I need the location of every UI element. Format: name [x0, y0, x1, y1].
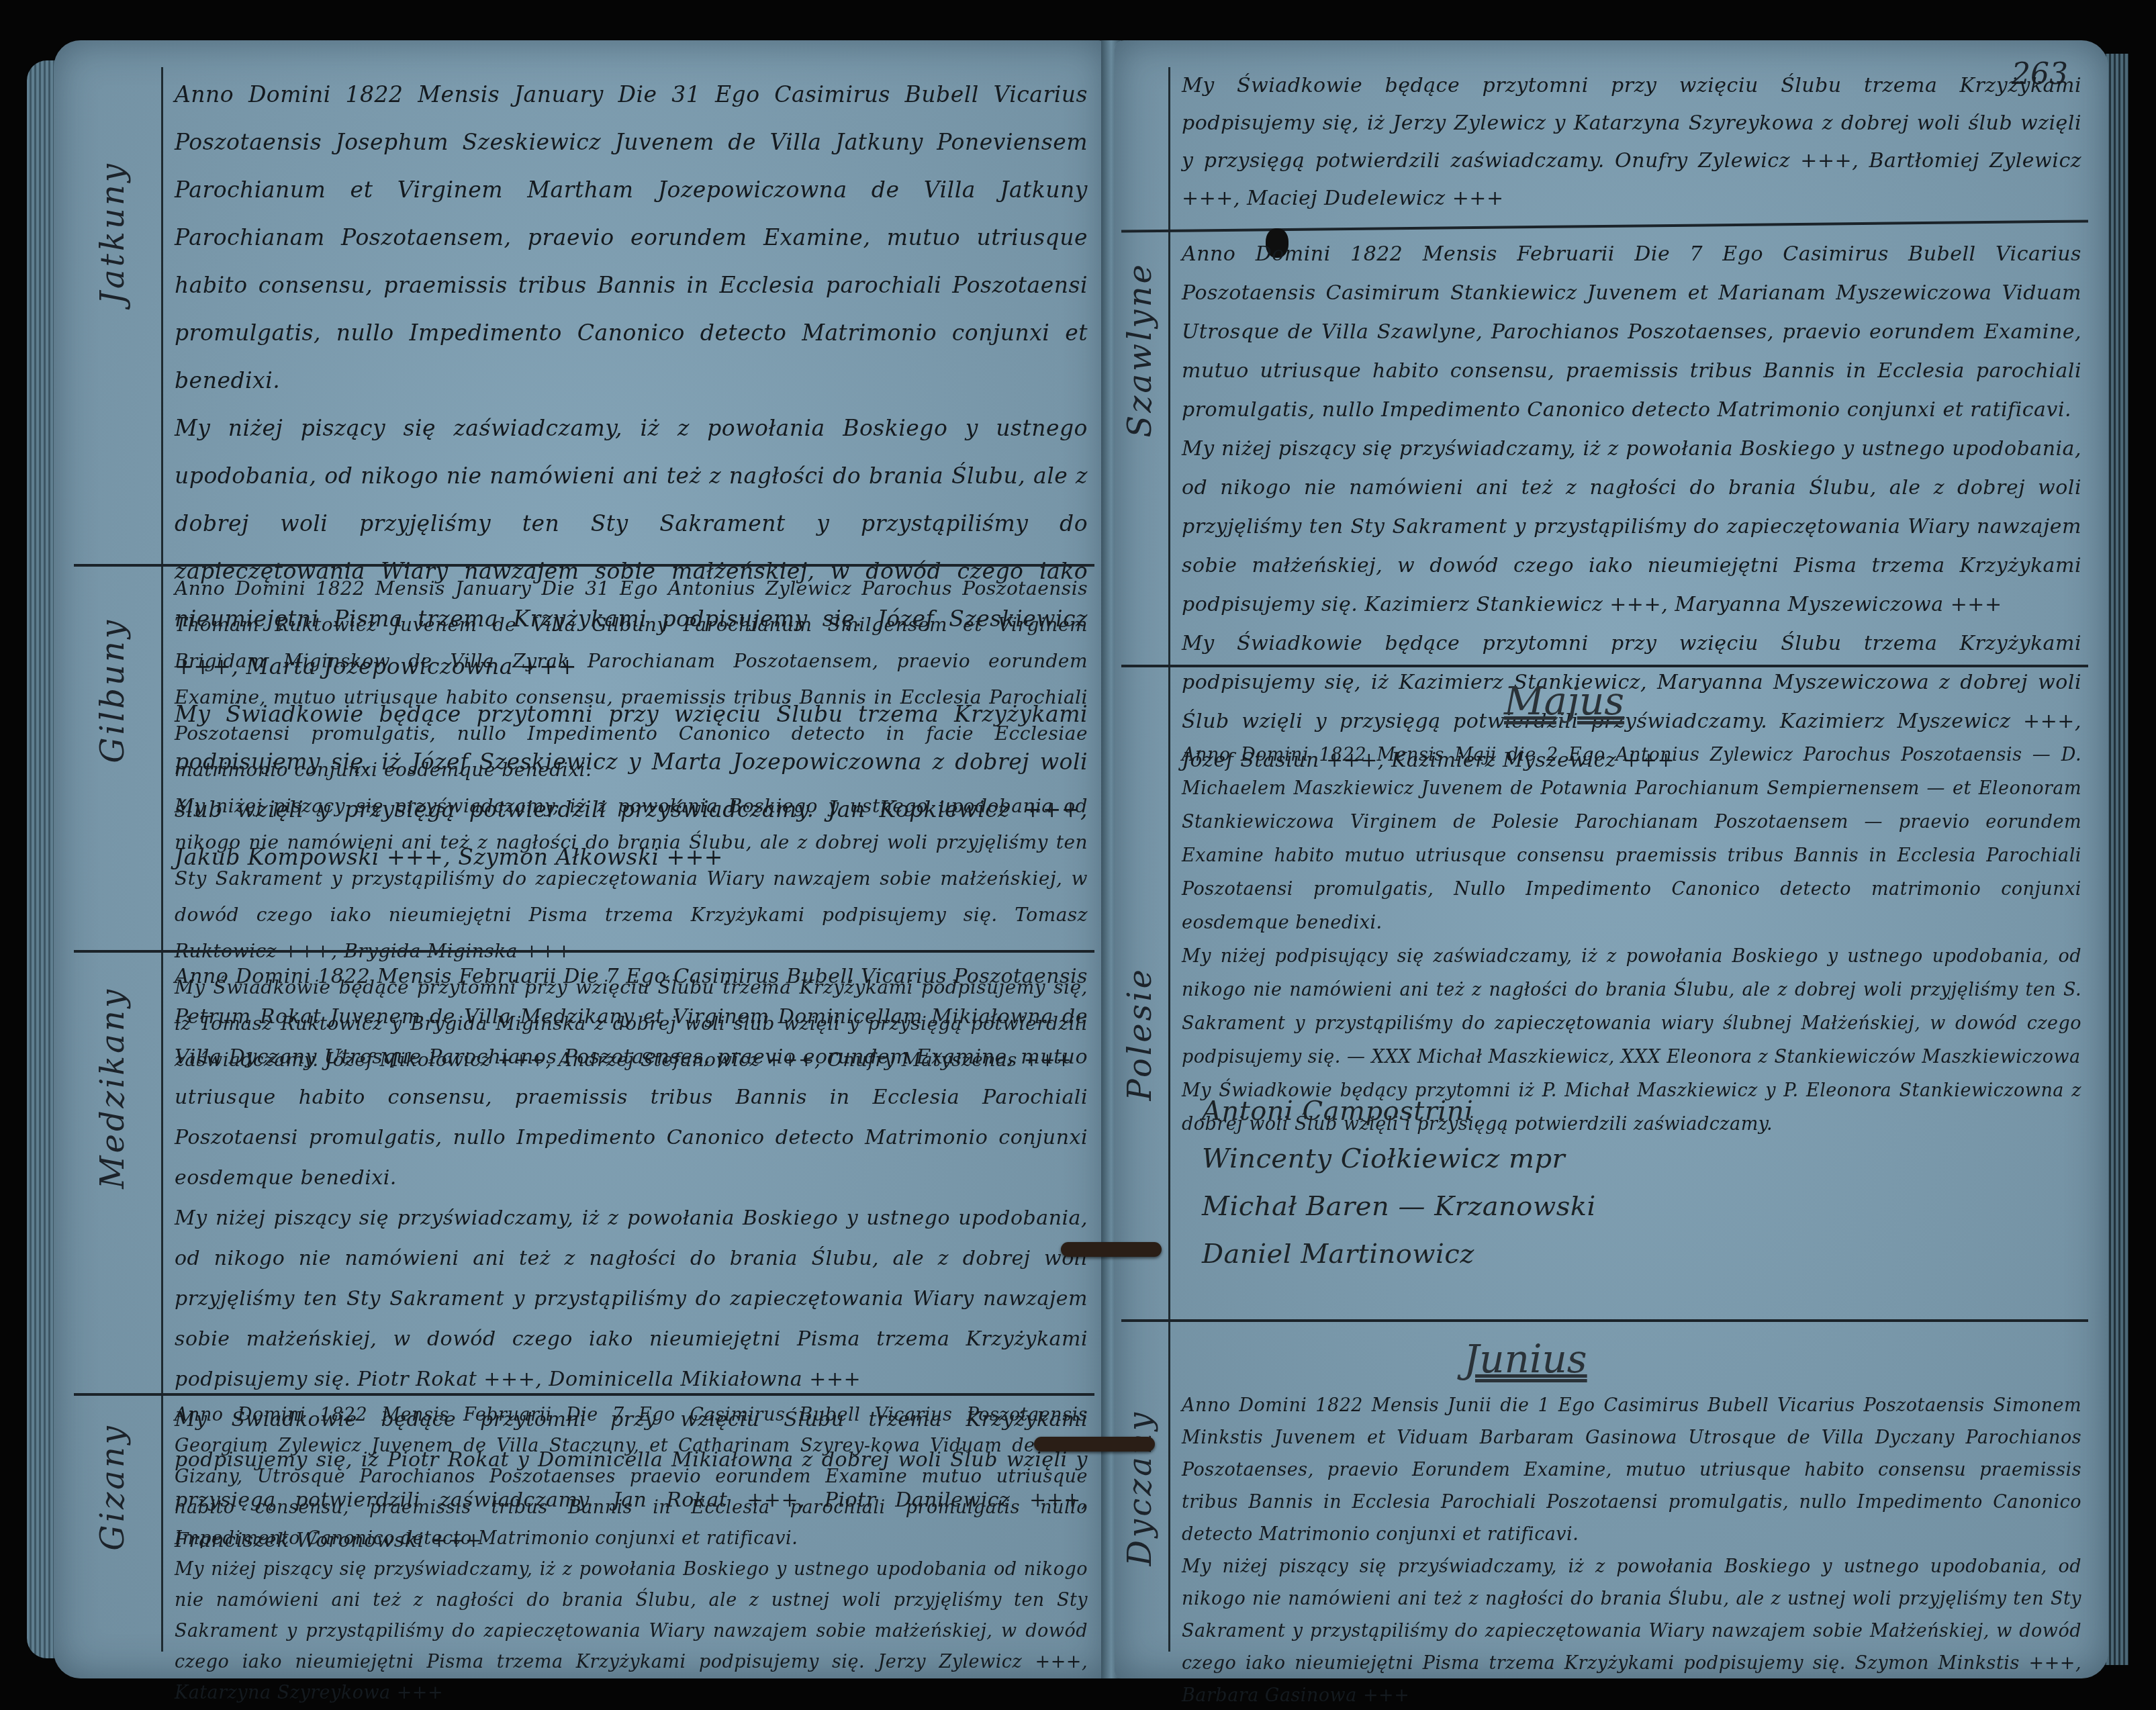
entry-divider: [74, 1393, 1094, 1396]
margin-village-name: Dyczany: [1121, 1410, 1159, 1566]
entry-divider: [1121, 1319, 2088, 1322]
margin-village-name: Gizany: [94, 1423, 132, 1551]
signature: Wincenty Ciołkiewicz mpr: [1202, 1135, 2075, 1183]
entry-divider: [1121, 665, 2088, 667]
margin-village-name: Gilbuny: [94, 618, 132, 763]
entry-witnesses: My Świadkowie będące przytomni przy wzię…: [1182, 67, 2081, 218]
month-heading-junius: Junius: [1464, 1336, 1587, 1382]
entry-polish-declaration: My niżej piszący się przyświadczamy, iż …: [1182, 1551, 2081, 1710]
entry-polish-declaration: My niżej piszący się przyświadczamy, iż …: [175, 1198, 1088, 1400]
binding-thread: [1061, 1242, 1162, 1257]
margin-village-name: Medzikany: [94, 987, 132, 1189]
margin-village-name: Polesie: [1121, 967, 1159, 1100]
entry-polish-declaration: My niżej piszący się przyświadczamy, iż …: [175, 1554, 1088, 1709]
right-page: 263 Szawlyne Polesie Dyczany My Świadkow…: [1115, 40, 2108, 1678]
marriage-entry: Anno Domini 1822 Mensis Februarii Die 7 …: [1182, 235, 2081, 658]
entry-latin-text: Anno Domini 1822 Mensis January Die 31 E…: [175, 70, 1088, 404]
entry-latin-text: Anno Domini 1822 Mensis Februarii Die 7 …: [175, 1400, 1088, 1554]
signature: Daniel Martinowicz: [1202, 1231, 2075, 1278]
month-heading-majus: Majus: [1504, 678, 1624, 724]
entry-divider: [1121, 220, 2088, 232]
marriage-entry: Anno Domini 1822 Mensis Februarii Die 7 …: [175, 1400, 1088, 1668]
entry-divider: [74, 564, 1094, 567]
marriage-entry: Anno Domini 1822 Mensis January Die 31 E…: [175, 70, 1088, 561]
left-page: Jatkuny Gilbuny Medzikany Gizany Anno Do…: [54, 40, 1108, 1678]
entry-divider: [74, 950, 1094, 953]
signature-block: Antoni Campostrini Wincenty Ciołkiewicz …: [1202, 1088, 2075, 1278]
entry-latin-text: Anno Domini 1822 Mensis Februarii Die 7 …: [1182, 235, 2081, 430]
marriage-entry: Anno Domini 1822 Mensis Maji die 2 Ego A…: [1182, 739, 2081, 1074]
marriage-entry: Anno Domini 1822 Mensis Junii die 1 Ego …: [1182, 1390, 2081, 1658]
continued-witnesses: My Świadkowie będące przytomni przy wzię…: [1182, 67, 2081, 222]
entry-polish-declaration: My niżej piszący się przyświadczamy, iż …: [175, 788, 1088, 969]
entry-latin-text: Anno Domini 1822 Mensis Februarii Die 7 …: [175, 957, 1088, 1198]
margin-village-name: Jatkuny: [94, 161, 132, 304]
right-margin-rule: [1168, 67, 1170, 1652]
entry-latin-text: Anno Domini 1822 Mensis January Die 31 E…: [175, 571, 1088, 788]
binding-thread: [1034, 1437, 1155, 1452]
entry-polish-declaration: My niżej podpisujący się zaświadczamy, i…: [1182, 940, 2081, 1074]
entry-latin-text: Anno Domini 1822 Mensis Junii die 1 Ego …: [1182, 1390, 2081, 1551]
left-margin-rule: [161, 67, 163, 1652]
entry-latin-text: Anno Domini 1822 Mensis Maji die 2 Ego A…: [1182, 739, 2081, 940]
signature: Antoni Campostrini: [1202, 1088, 2075, 1135]
margin-village-name: Szawlyne: [1121, 262, 1159, 438]
open-register-book: Jatkuny Gilbuny Medzikany Gizany Anno Do…: [27, 40, 2135, 1678]
marriage-entry: Anno Domini 1822 Mensis January Die 31 E…: [175, 571, 1088, 947]
marriage-entry: Anno Domini 1822 Mensis Februarii Die 7 …: [175, 957, 1088, 1393]
entry-polish-declaration: My niżej piszący się przyświadczamy, iż …: [1182, 430, 2081, 624]
signature: Michał Baren — Krzanowski: [1202, 1183, 2075, 1231]
